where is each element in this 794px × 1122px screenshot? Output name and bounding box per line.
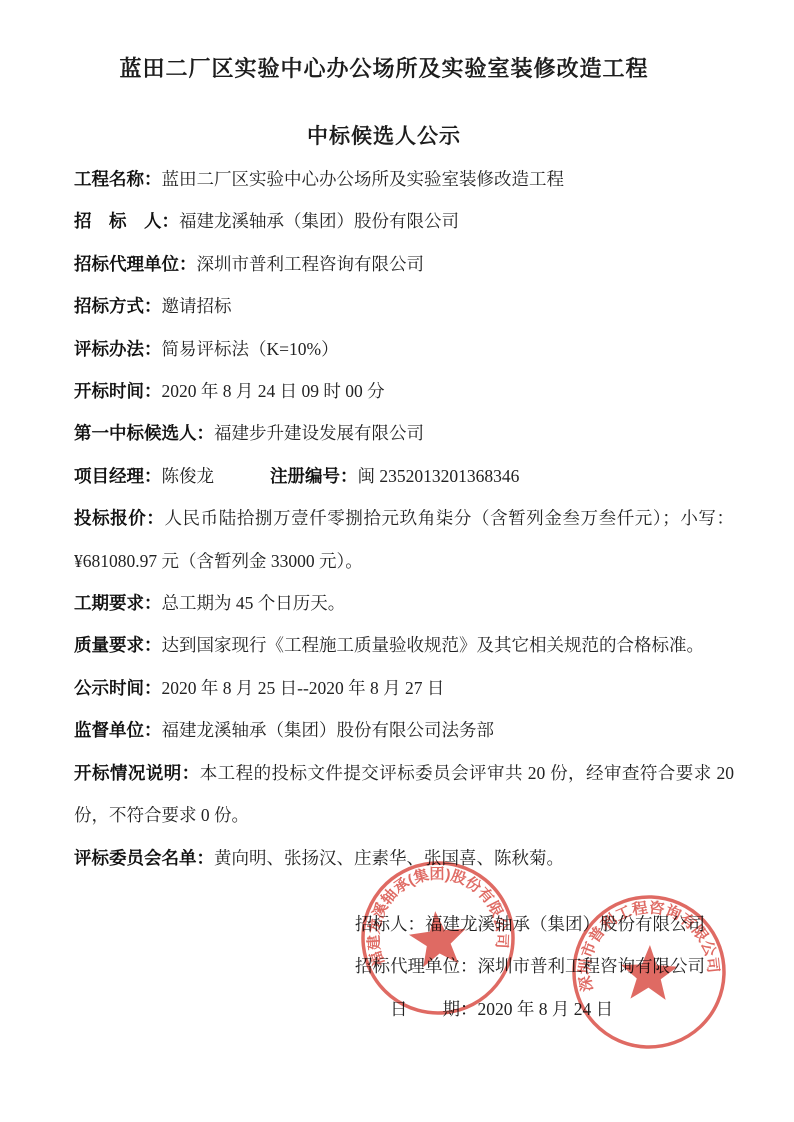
field-value: 人民币陆拾捌万壹仟零捌拾元玖角柒分（含暂列金叁万叁仟元）；小写：¥681080.…: [74, 508, 734, 570]
field-value: 蓝田二厂区实验中心办公场所及实验室装修改造工程: [162, 169, 565, 189]
field-label: 招标代理单位：: [74, 254, 197, 274]
field-value: 2020 年 8 月 25 日--2020 年 8 月 27 日: [162, 678, 445, 698]
field-value: 2020 年 8 月 24 日 09 时 00 分: [162, 381, 385, 401]
field-value: 陈俊龙: [162, 466, 215, 486]
field-row: 开标情况说明：本工程的投标文件提交评标委员会评审共 20 份，经审查符合要求 2…: [74, 752, 734, 837]
field-label: 招 标 人：: [74, 211, 179, 231]
field-value: 邀请招标: [162, 296, 232, 316]
company-seal-agency-icon: 深圳市普利工程咨询有限公司: [566, 889, 731, 1054]
field-row: 招 标 人：福建龙溪轴承（集团）股份有限公司: [74, 200, 734, 242]
field-row: 开标时间：2020 年 8 月 24 日 09 时 00 分: [74, 370, 734, 412]
document-title: 蓝田二厂区实验中心办公场所及实验室装修改造工程: [0, 52, 768, 83]
document-subtitle: 中标候选人公示: [0, 120, 768, 150]
document-page: 蓝田二厂区实验中心办公场所及实验室装修改造工程 中标候选人公示 工程名称：蓝田二…: [0, 0, 794, 1122]
field-value: 福建步升建设发展有限公司: [214, 423, 424, 443]
field-label: 公示时间：: [74, 678, 162, 698]
star-icon: [620, 944, 679, 1000]
field-row: 公示时间：2020 年 8 月 25 日--2020 年 8 月 27 日: [74, 667, 734, 709]
field-value: 简易评标法（K=10%）: [162, 339, 339, 359]
field-row: 质量要求：达到国家现行《工程施工质量验收规范》及其它相关规范的合格标准。: [74, 624, 734, 666]
field-label: 第一中标候选人：: [74, 423, 214, 443]
field-row: 投标报价：人民币陆拾捌万壹仟零捌拾元玖角柒分（含暂列金叁万叁仟元）；小写：¥68…: [74, 497, 734, 582]
field-row: 第一中标候选人：福建步升建设发展有限公司: [74, 412, 734, 454]
field-row: 项目经理：陈俊龙注册编号：闽 2352013201368346: [74, 455, 734, 497]
star-icon: [407, 908, 469, 968]
field-label: 质量要求：: [74, 635, 162, 655]
field-row: 招标代理单位：深圳市普利工程咨询有限公司: [74, 243, 734, 285]
field-value: 总工期为 45 个日历天。: [162, 593, 346, 613]
field-row: 工期要求：总工期为 45 个日历天。: [74, 582, 734, 624]
field-row: 监督单位：福建龙溪轴承（集团）股份有限公司法务部: [74, 709, 734, 751]
field-value: 闽 2352013201368346: [358, 466, 520, 486]
field-label: 招标方式：: [74, 296, 162, 316]
field-label: 工期要求：: [74, 593, 162, 613]
field-label: 工程名称：: [74, 169, 162, 189]
field-label: 评标委员会名单：: [74, 848, 214, 868]
field-value: 深圳市普利工程咨询有限公司: [197, 254, 425, 274]
field-label: 开标时间：: [74, 381, 162, 401]
field-row: 招标方式：邀请招标: [74, 285, 734, 327]
fields-section: 工程名称：蓝田二厂区实验中心办公场所及实验室装修改造工程招 标 人：福建龙溪轴承…: [74, 158, 734, 879]
field-row: 工程名称：蓝田二厂区实验中心办公场所及实验室装修改造工程: [74, 158, 734, 200]
field-label: 注册编号：: [270, 466, 358, 486]
field-value: 福建龙溪轴承（集团）股份有限公司: [179, 211, 459, 231]
field-label: 投标报价：: [74, 508, 164, 528]
field-label: 评标办法：: [74, 339, 162, 359]
field-row: 评标办法：简易评标法（K=10%）: [74, 328, 734, 370]
field-label: 项目经理：: [74, 466, 162, 486]
field-label: 监督单位：: [74, 720, 162, 740]
field-value: 达到国家现行《工程施工质量验收规范》及其它相关规范的合格标准。: [162, 635, 705, 655]
company-seal-bidder-icon: 福建龙溪轴承(集团)股份有限公司: [350, 850, 526, 1026]
field-value: 福建龙溪轴承（集团）股份有限公司法务部: [162, 720, 495, 740]
field-label: 开标情况说明：: [74, 763, 200, 783]
